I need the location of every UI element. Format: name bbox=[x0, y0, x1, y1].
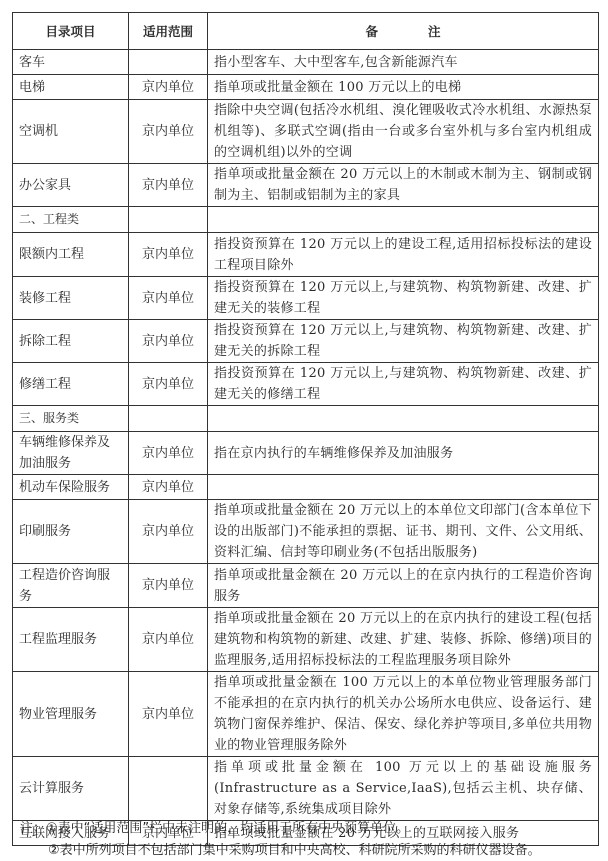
header-remarks: 备 注 bbox=[208, 13, 599, 50]
scope-cell: 京内单位 bbox=[129, 608, 208, 672]
table-header-row: 目录项目 适用范围 备 注 bbox=[13, 13, 599, 50]
scope-cell: 京内单位 bbox=[129, 100, 208, 164]
scope-cell bbox=[129, 207, 208, 233]
item-cell: 物业管理服务 bbox=[13, 672, 129, 757]
table-row: 工程监理服务京内单位指单项或批量金额在 20 万元以上的在京内执行的建设工程(包… bbox=[13, 608, 599, 672]
scope-cell: 京内单位 bbox=[129, 164, 208, 207]
item-cell: 装修工程 bbox=[13, 277, 129, 320]
note-cell bbox=[208, 406, 599, 432]
table-row: 机动车保险服务京内单位 bbox=[13, 475, 599, 500]
footnote-1: 注：①表中“适用范围”栏中未注明的，均适用于所有中央预算单位。 bbox=[20, 818, 541, 840]
scope-cell: 京内单位 bbox=[129, 672, 208, 757]
note-cell: 指单项或批量金额在 20 万元以上的在京内执行的工程造价咨询服务 bbox=[208, 564, 599, 608]
header-scope: 适用范围 bbox=[129, 13, 208, 50]
table-row: 工程造价咨询服务京内单位指单项或批量金额在 20 万元以上的在京内执行的工程造价… bbox=[13, 564, 599, 608]
scope-cell: 京内单位 bbox=[129, 475, 208, 500]
scope-cell bbox=[129, 757, 208, 821]
note-cell: 指投资预算在 120 万元以上,与建筑物、构筑物新建、改建、扩建无关的装修工程 bbox=[208, 277, 599, 320]
procurement-catalog-table: 目录项目 适用范围 备 注 客车指小型客车、大中型客车,包含新能源汽车电梯京内单… bbox=[12, 12, 599, 846]
note-cell: 指单项或批量金额在 100 万元以上的电梯 bbox=[208, 75, 599, 100]
table-row: 限额内工程京内单位指投资预算在 120 万元以上的建设工程,适用招标投标法的建设… bbox=[13, 233, 599, 277]
table-row: 电梯京内单位指单项或批量金额在 100 万元以上的电梯 bbox=[13, 75, 599, 100]
item-cell: 办公家具 bbox=[13, 164, 129, 207]
table-row: 车辆维修保养及加油服务京内单位指在京内执行的车辆维修保养及加油服务 bbox=[13, 432, 599, 475]
note-cell: 指除中央空调(包括冷水机组、溴化锂吸收式冷水机组、水源热泵机组等)、多联式空调(… bbox=[208, 100, 599, 164]
note-cell: 指投资预算在 120 万元以上,与建筑物、构筑物新建、改建、扩建无关的修缮工程 bbox=[208, 363, 599, 406]
scope-cell: 京内单位 bbox=[129, 320, 208, 363]
scope-cell: 京内单位 bbox=[129, 363, 208, 406]
note-cell: 指小型客车、大中型客车,包含新能源汽车 bbox=[208, 50, 599, 75]
table-row: 空调机京内单位指除中央空调(包括冷水机组、溴化锂吸收式冷水机组、水源热泵机组等)… bbox=[13, 100, 599, 164]
section-row: 三、服务类 bbox=[13, 406, 599, 432]
item-cell: 三、服务类 bbox=[13, 406, 129, 432]
footnotes: 注：①表中“适用范围”栏中未注明的，均适用于所有中央预算单位。 ②表中所列项目不… bbox=[20, 818, 541, 861]
scope-cell: 京内单位 bbox=[129, 233, 208, 277]
note-cell: 指单项或批量金额在 20 万元以上的在京内执行的建设工程(包括建筑物和构筑物的新… bbox=[208, 608, 599, 672]
note-cell: 指单项或批量金额在 100 万元以上的基础设施服务(Infrastructure… bbox=[208, 757, 599, 821]
item-cell: 限额内工程 bbox=[13, 233, 129, 277]
footnote-2: ②表中所列项目不包括部门集中采购项目和中央高校、科研院所采购的科研仪器设备。 bbox=[20, 840, 541, 861]
item-cell: 工程监理服务 bbox=[13, 608, 129, 672]
item-cell: 空调机 bbox=[13, 100, 129, 164]
scope-cell: 京内单位 bbox=[129, 564, 208, 608]
scope-cell bbox=[129, 50, 208, 75]
item-cell: 拆除工程 bbox=[13, 320, 129, 363]
item-cell: 修缮工程 bbox=[13, 363, 129, 406]
header-catalog-item: 目录项目 bbox=[13, 13, 129, 50]
item-cell: 二、工程类 bbox=[13, 207, 129, 233]
note-cell: 指单项或批量金额在 100 万元以上的本单位物业管理服务部门不能承担的在京内执行… bbox=[208, 672, 599, 757]
scope-cell: 京内单位 bbox=[129, 75, 208, 100]
section-row: 二、工程类 bbox=[13, 207, 599, 233]
item-cell: 印刷服务 bbox=[13, 500, 129, 564]
note-cell: 指投资预算在 120 万元以上的建设工程,适用招标投标法的建设工程项目除外 bbox=[208, 233, 599, 277]
note-cell bbox=[208, 207, 599, 233]
item-cell: 工程造价咨询服务 bbox=[13, 564, 129, 608]
table-row: 办公家具京内单位指单项或批量金额在 20 万元以上的木制或木制为主、钢制或钢制为… bbox=[13, 164, 599, 207]
item-cell: 客车 bbox=[13, 50, 129, 75]
scope-cell: 京内单位 bbox=[129, 500, 208, 564]
item-cell: 车辆维修保养及加油服务 bbox=[13, 432, 129, 475]
scope-cell: 京内单位 bbox=[129, 277, 208, 320]
note-cell: 指单项或批量金额在 20 万元以上的本单位文印部门(含本单位下设的出版部门)不能… bbox=[208, 500, 599, 564]
note-cell: 指单项或批量金额在 20 万元以上的木制或木制为主、钢制或钢制为主、铝制或铝制为… bbox=[208, 164, 599, 207]
table-row: 修缮工程京内单位指投资预算在 120 万元以上,与建筑物、构筑物新建、改建、扩建… bbox=[13, 363, 599, 406]
item-cell: 机动车保险服务 bbox=[13, 475, 129, 500]
note-cell: 指投资预算在 120 万元以上,与建筑物、构筑物新建、改建、扩建无关的拆除工程 bbox=[208, 320, 599, 363]
table-row: 印刷服务京内单位指单项或批量金额在 20 万元以上的本单位文印部门(含本单位下设… bbox=[13, 500, 599, 564]
table-row: 客车指小型客车、大中型客车,包含新能源汽车 bbox=[13, 50, 599, 75]
table-row: 拆除工程京内单位指投资预算在 120 万元以上,与建筑物、构筑物新建、改建、扩建… bbox=[13, 320, 599, 363]
note-cell bbox=[208, 475, 599, 500]
table-row: 装修工程京内单位指投资预算在 120 万元以上,与建筑物、构筑物新建、改建、扩建… bbox=[13, 277, 599, 320]
scope-cell bbox=[129, 406, 208, 432]
note-cell: 指在京内执行的车辆维修保养及加油服务 bbox=[208, 432, 599, 475]
item-cell: 电梯 bbox=[13, 75, 129, 100]
table-row: 云计算服务指单项或批量金额在 100 万元以上的基础设施服务(Infrastru… bbox=[13, 757, 599, 821]
scope-cell: 京内单位 bbox=[129, 432, 208, 475]
item-cell: 云计算服务 bbox=[13, 757, 129, 821]
table-row: 物业管理服务京内单位指单项或批量金额在 100 万元以上的本单位物业管理服务部门… bbox=[13, 672, 599, 757]
